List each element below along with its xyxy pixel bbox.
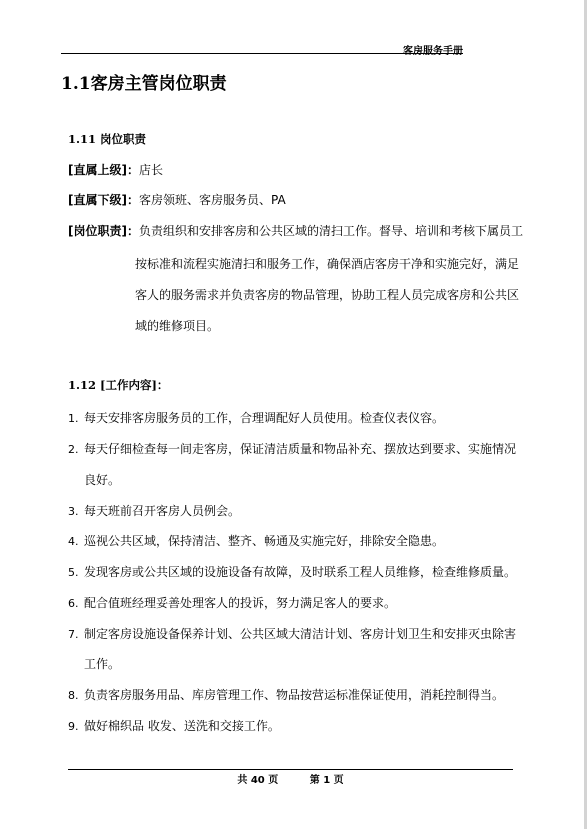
job-duty-label: [岗位职责]： — [68, 224, 139, 238]
item-text: 做好棉织品 收发、送洗和交接工作。 — [84, 719, 280, 733]
direct-superior-label: [直属上级]： — [68, 163, 139, 177]
item-number: 7. — [68, 628, 84, 641]
item-text: 巡视公共区域，保持清洁、整齐、畅通及实施完好，排除安全隐患。 — [84, 534, 444, 548]
footer-rule — [68, 769, 513, 770]
item-number: 1. — [68, 412, 84, 425]
item-text: 每天安排客房服务员的工作，合理调配好人员使用。检查仪表仪容。 — [84, 411, 444, 425]
item-text: 发现客房或公共区域的设施设备有故障，及时联系工程人员维修，检查维修质量。 — [84, 565, 516, 579]
list-item: 9.做好棉织品 收发、送洗和交接工作。 — [68, 717, 280, 734]
direct-superior-value: 店长 — [139, 163, 163, 177]
list-item: 7.制定客房设施设备保养计划、公共区域大清洁计划、客房计划卫生和安排灭虫除害 — [68, 625, 516, 642]
section-title: 1.1客房主管岗位职责 — [61, 69, 227, 94]
item-number: 8. — [68, 689, 84, 702]
item-number: 3. — [68, 505, 84, 518]
item-text: 负责客房服务用品、库房管理工作、物品按营运标准保证使用，消耗控制得当。 — [84, 688, 504, 702]
item-text-continued: 工作。 — [84, 655, 120, 672]
item-number: 2. — [68, 443, 84, 456]
list-item: 6.配合值班经理妥善处理客人的投诉，努力满足客人的要求。 — [68, 594, 396, 611]
direct-subordinate-label: [直属下级]： — [68, 193, 139, 207]
item-number: 6. — [68, 597, 84, 610]
current-page: 第 1 页 — [310, 775, 344, 786]
item-text: 每天班前召开客房人员例会。 — [84, 504, 240, 518]
job-duty-line: 域的维修项目。 — [135, 317, 219, 334]
list-item: 5.发现客房或公共区域的设施设备有故障，及时联系工程人员维修，检查维修质量。 — [68, 563, 516, 580]
item-number: 9. — [68, 720, 84, 733]
subsection-heading-duties: 1.11 岗位职责 — [68, 131, 146, 147]
job-duty-line: 客人的服务需求并负责客房的物品管理，协助工程人员完成客房和公共区 — [135, 286, 519, 303]
list-item: 2.每天仔细检查每一间走客房，保证清洁质量和物品补充、摆放达到要求、实施情况 — [68, 440, 516, 457]
item-text: 每天仔细检查每一间走客房，保证清洁质量和物品补充、摆放达到要求、实施情况 — [84, 442, 516, 456]
page-footer: 共 40 页 第 1 页 — [68, 771, 513, 786]
list-item: 1.每天安排客房服务员的工作，合理调配好人员使用。检查仪表仪容。 — [68, 409, 444, 426]
list-item: 8.负责客房服务用品、库房管理工作、物品按营运标准保证使用，消耗控制得当。 — [68, 686, 504, 703]
list-item: 3.每天班前召开客房人员例会。 — [68, 502, 240, 519]
direct-subordinate-value: 客房领班、客房服务员、PA — [139, 193, 286, 207]
direct-superior-row: [直属上级]：店长 — [68, 163, 163, 178]
job-duty-line: 负责组织和安排客房和公共区域的清扫工作。督导、培训和考核下属员工 — [139, 224, 523, 238]
header-rule — [61, 53, 463, 54]
job-duty-row: [岗位职责]：负责组织和安排客房和公共区域的清扫工作。督导、培训和考核下属员工 — [68, 224, 523, 239]
direct-subordinate-row: [直属下级]：客房领班、客房服务员、PA — [68, 193, 286, 208]
job-duty-line: 按标准和流程实施清扫和服务工作，确保酒店客房干净和实施完好，满足 — [135, 255, 519, 272]
item-number: 4. — [68, 535, 84, 548]
item-text-continued: 良好。 — [84, 471, 120, 488]
item-text: 配合值班经理妥善处理客人的投诉，努力满足客人的要求。 — [84, 596, 396, 610]
subsection-heading-work-content: 1.12 [工作内容]： — [68, 377, 168, 393]
running-header: 客房服务手册 — [61, 42, 463, 57]
list-item: 4.巡视公共区域，保持清洁、整齐、畅通及实施完好，排除安全隐患。 — [68, 532, 444, 549]
total-pages: 共 40 页 — [237, 775, 278, 786]
item-number: 5. — [68, 566, 84, 579]
item-text: 制定客房设施设备保养计划、公共区域大清洁计划、客房计划卫生和安排灭虫除害 — [84, 627, 516, 641]
